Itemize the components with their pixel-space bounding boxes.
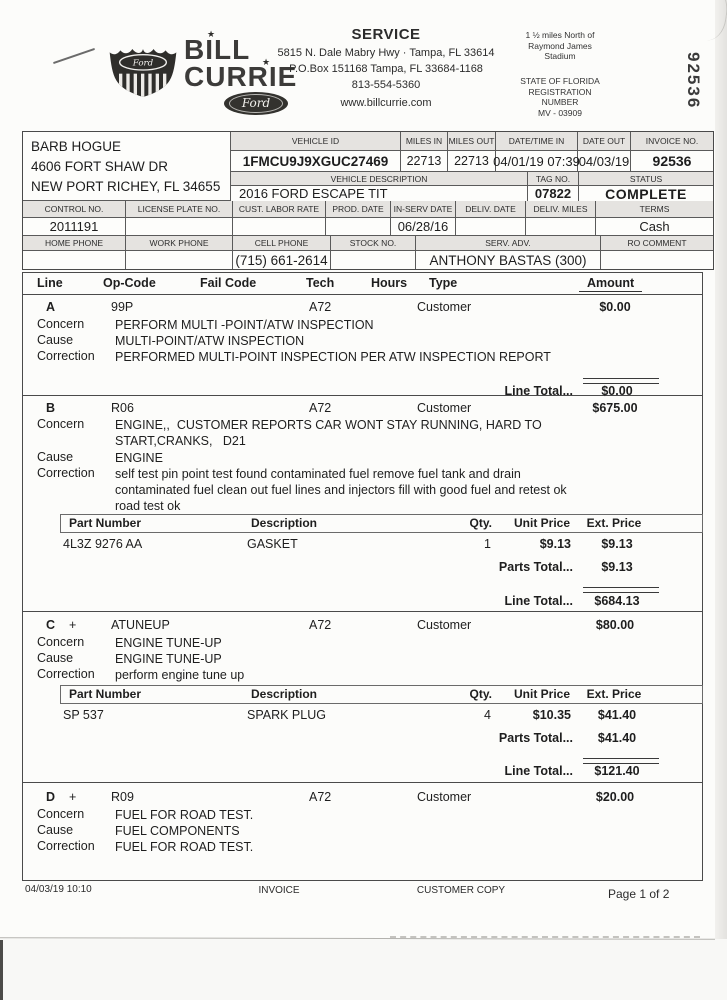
concern-text: ENGINE,, CUSTOMER REPORTS CAR WONT STAY … (115, 417, 601, 449)
footer-page-number: Page 1 of 2 (608, 887, 727, 901)
tech: A72 (309, 401, 331, 415)
registration-number: STATE OF FLORIDA REGISTRATION NUMBER MV … (500, 76, 620, 118)
part-description: GASKET (247, 537, 298, 551)
service-address2: P.O.Box 151168 Tampa, FL 33684-1168 (268, 63, 504, 75)
line-letter: C (46, 618, 55, 632)
part-number-header: Part Number (69, 687, 141, 701)
miles-in-value: 22713 (401, 151, 448, 172)
line-total-value: $121.40 (572, 764, 662, 778)
stock-no-label: STOCK NO. (331, 236, 416, 251)
qty-header: Qty. (452, 516, 492, 530)
amount: $675.00 (565, 401, 665, 415)
location-note: 1 ½ miles North of Raymond James Stadium (500, 30, 620, 62)
cell-phone-label: CELL PHONE (233, 236, 331, 251)
correction-text: perform engine tune up (115, 667, 601, 683)
parts-total-label: Parts Total... (438, 731, 573, 745)
col-fail-code: Fail Code (200, 276, 256, 290)
ext-price-header: Ext. Price (574, 516, 654, 530)
total-rule (583, 587, 659, 593)
concern-text: PERFORM MULTI -POINT/ATW INSPECTION (115, 317, 601, 333)
footer-doc-type: INVOICE (239, 885, 319, 896)
terms-label: TERMS (596, 201, 713, 218)
tech: A72 (309, 618, 331, 632)
cause-label: Cause (37, 333, 73, 347)
concern-text: ENGINE TUNE-UP (115, 635, 601, 651)
part-qty: 4 (451, 708, 491, 722)
line-total-label: Line Total... (438, 594, 573, 608)
work-phone-label: WORK PHONE (126, 236, 233, 251)
pen-mark (53, 48, 95, 64)
pay-type: Customer (417, 300, 471, 314)
correction-label: Correction (37, 667, 95, 681)
amount: $80.00 (565, 618, 665, 632)
date-out-value: 04/03/19 (578, 151, 631, 172)
col-amount: Amount (579, 276, 642, 292)
tech: A72 (309, 300, 331, 314)
correction-text: FUEL FOR ROAD TEST. (115, 839, 601, 855)
vehicle-id-value: 1FMCU9J9XGUC27469 (231, 151, 401, 172)
op-code: 99P (111, 300, 133, 314)
license-plate-label: LICENSE PLATE NO. (126, 201, 233, 218)
in-serv-date-label: IN-SERV DATE (391, 201, 456, 218)
scanned-invoice-page: Ford BILL CURRIE ★ ★ Ford SERVICE 5815 N… (0, 0, 727, 1000)
vehicle-description-value: 2016 FORD ESCAPE TIT (231, 186, 528, 201)
labor-rate-label: CUST. LABOR RATE (233, 201, 326, 218)
unit-price-header: Unit Price (502, 687, 582, 701)
pay-type: Customer (417, 401, 471, 415)
cause-label: Cause (37, 651, 73, 665)
plus-flag: + (69, 790, 76, 804)
description-header: Description (251, 687, 317, 701)
paper-bottom-edge-detail (390, 936, 700, 938)
concern-label: Concern (37, 417, 84, 431)
scan-background (0, 939, 727, 1000)
cell-phone-value: (715) 661-2614 (233, 251, 331, 269)
vehicle-info-table: BARB HOGUE 4606 FORT SHAW DR NEW PORT RI… (22, 131, 714, 270)
amount: $0.00 (565, 300, 665, 314)
in-serv-date-value: 06/28/16 (391, 218, 456, 236)
cause-label: Cause (37, 450, 73, 464)
line-item-a: A 99P A72 Customer $0.00 Concern PERFORM… (22, 295, 703, 396)
svg-text:Ford: Ford (132, 59, 154, 69)
deliv-date-value (456, 218, 526, 236)
concern-label: Concern (37, 635, 84, 649)
cause-text: ENGINE TUNE-UP (115, 651, 601, 667)
correction-label: Correction (37, 839, 95, 853)
part-number: 4L3Z 9276 AA (63, 537, 142, 551)
part-unit-price: $9.13 (491, 537, 571, 551)
home-phone-value (23, 251, 126, 269)
scan-edge-shadow (0, 940, 3, 1000)
footer-copy-type: CUSTOMER COPY (391, 885, 531, 896)
correction-text: PERFORMED MULTI-POINT INSPECTION PER ATW… (115, 349, 601, 365)
part-number: SP 537 (63, 708, 104, 722)
part-number-header: Part Number (69, 516, 141, 530)
cause-text: ENGINE (115, 450, 601, 466)
part-description: SPARK PLUG (247, 708, 326, 722)
customer-name: BARB HOGUE (31, 137, 230, 157)
home-phone-label: HOME PHONE (23, 236, 126, 251)
service-phone: 813-554-5360 (268, 79, 504, 91)
service-website: www.billcurrie.com (268, 97, 504, 109)
op-code: R09 (111, 790, 134, 804)
ext-price-header: Ext. Price (574, 687, 654, 701)
amount: $20.00 (565, 790, 665, 804)
ford-shield-icon: Ford (103, 34, 183, 117)
tag-no-value: 07822 (528, 186, 579, 201)
customer-address1: 4606 FORT SHAW DR (31, 157, 230, 177)
line-item-d: D + R09 A72 Customer $20.00 Concern FUEL… (22, 783, 703, 881)
miles-out-value: 22713 (448, 151, 496, 172)
parts-header-row: Part Number Description Qty. Unit Price … (60, 685, 703, 704)
col-tech: Tech (306, 276, 334, 290)
tech: A72 (309, 790, 331, 804)
unit-price-header: Unit Price (502, 516, 582, 530)
correction-text: self test pin point test found contamina… (115, 466, 601, 514)
ro-comment-label: RO COMMENT (601, 236, 713, 251)
serv-adv-label: SERV. ADV. (416, 236, 601, 251)
invoice-no-value: 92536 (631, 151, 713, 172)
col-op-code: Op-Code (103, 276, 156, 290)
star-icon: ★ (207, 29, 215, 40)
cause-label: Cause (37, 823, 73, 837)
service-title: SERVICE (268, 26, 504, 43)
deliv-miles-value (526, 218, 596, 236)
paper-right-edge (715, 0, 727, 1000)
stock-no-value (331, 251, 416, 269)
customer-address2: NEW PORT RICHEY, FL 34655 (31, 177, 230, 197)
qty-header: Qty. (452, 687, 492, 701)
serv-adv-value: ANTHONY BASTAS (300) (416, 251, 601, 269)
service-address1: 5815 N. Dale Mabry Hwy · Tampa, FL 33614 (268, 47, 504, 59)
part-unit-price: $10.35 (491, 708, 571, 722)
vehicle-description-label: VEHICLE DESCRIPTION (231, 172, 528, 186)
prod-date-value (326, 218, 391, 236)
status-value: COMPLETE (579, 186, 713, 201)
correction-label: Correction (37, 349, 95, 363)
parts-total-label: Parts Total... (438, 560, 573, 574)
parts-header-row: Part Number Description Qty. Unit Price … (60, 514, 703, 533)
license-plate-value (126, 218, 233, 236)
line-item-b: B R06 A72 Customer $675.00 Concern ENGIN… (22, 396, 703, 612)
correction-label: Correction (37, 466, 95, 480)
op-code: R06 (111, 401, 134, 415)
op-code: ATUNEUP (111, 618, 170, 632)
cause-text: MULTI-POINT/ATW INSPECTION (115, 333, 601, 349)
vehicle-id-label: VEHICLE ID (231, 132, 401, 151)
concern-text: FUEL FOR ROAD TEST. (115, 807, 601, 823)
parts-total-value: $9.13 (572, 560, 662, 574)
status-label: STATUS (579, 172, 713, 186)
pay-type: Customer (417, 618, 471, 632)
corner-invoice-number: 92536 (683, 52, 703, 109)
line-items-table: Line Op-Code Fail Code Tech Hours Type A… (22, 272, 703, 881)
concern-label: Concern (37, 317, 84, 331)
work-phone-value (126, 251, 233, 269)
line-letter: D (46, 790, 55, 804)
line-total-value: $684.13 (572, 594, 662, 608)
col-hours: Hours (371, 276, 407, 290)
control-no-label: CONTROL NO. (23, 201, 126, 218)
deliv-miles-label: DELIV. MILES (526, 201, 596, 218)
footer-datetime: 04/03/19 10:10 (25, 884, 92, 895)
labor-rate-value (233, 218, 326, 236)
invoice-no-label: INVOICE NO. (631, 132, 713, 151)
date-time-in-value: 04/01/19 07:39 (496, 151, 578, 172)
pay-type: Customer (417, 790, 471, 804)
cause-text: FUEL COMPONENTS (115, 823, 601, 839)
control-no-value: 2011191 (23, 218, 126, 236)
tag-no-label: TAG NO. (528, 172, 579, 186)
part-ext-price: $9.13 (577, 537, 657, 551)
terms-value: Cash (596, 218, 713, 236)
date-time-in-label: DATE/TIME IN (496, 132, 578, 151)
date-out-label: DATE OUT (578, 132, 631, 151)
line-total-label: Line Total... (438, 764, 573, 778)
deliv-date-label: DELIV. DATE (456, 201, 526, 218)
miles-in-label: MILES IN (401, 132, 448, 151)
service-header-block: SERVICE 5815 N. Dale Mabry Hwy · Tampa, … (268, 26, 504, 109)
customer-block: BARB HOGUE 4606 FORT SHAW DR NEW PORT RI… (23, 132, 231, 201)
concern-label: Concern (37, 807, 84, 821)
line-letter: B (46, 401, 55, 415)
miles-out-label: MILES OUT (448, 132, 496, 151)
col-line: Line (37, 276, 63, 290)
line-letter: A (46, 300, 55, 314)
col-type: Type (429, 276, 457, 290)
prod-date-label: PROD. DATE (326, 201, 391, 218)
plus-flag: + (69, 618, 76, 632)
description-header: Description (251, 516, 317, 530)
parts-total-value: $41.40 (572, 731, 662, 745)
line-items-header: Line Op-Code Fail Code Tech Hours Type A… (22, 272, 703, 295)
part-qty: 1 (451, 537, 491, 551)
line-item-c: C + ATUNEUP A72 Customer $80.00 Concern … (22, 612, 703, 783)
part-ext-price: $41.40 (577, 708, 657, 722)
ro-comment-value (601, 251, 713, 269)
